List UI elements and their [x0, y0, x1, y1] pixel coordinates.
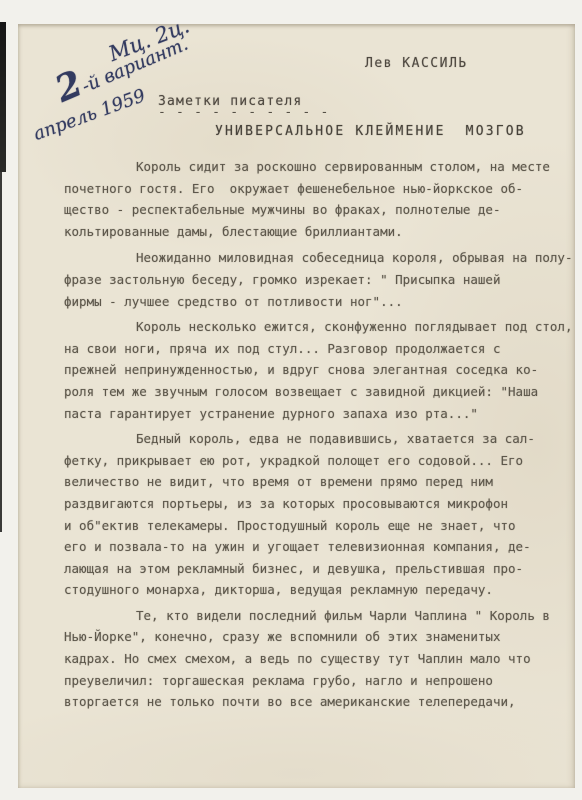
typed-line: фирмы - лучшее средство от потливости но…	[64, 291, 564, 313]
typed-line: Те, кто видели последний фильм Чарли Чап…	[64, 605, 564, 627]
typed-line: и об"ектив телекамеры. Простодушный коро…	[64, 515, 564, 537]
typed-line: Нью-Йорке", конечно, сразу же вспомнили …	[64, 626, 564, 648]
typed-line: кольтированные дамы, блестающие бриллиан…	[64, 221, 564, 243]
scan-edge-shadow-thin	[0, 172, 2, 532]
typed-line: почетного гостя. Его окружает фешенебель…	[64, 178, 564, 200]
typed-line: вторгается не только почти во все америк…	[64, 691, 564, 713]
typed-line: величество не видит, что время от времен…	[64, 471, 564, 493]
paragraph: Король сидит за роскошно сервированным с…	[64, 156, 564, 242]
paragraph: Король несколько ежится, сконфуженно пог…	[64, 316, 564, 424]
paragraph: Неожиданно миловидная собеседница короля…	[64, 247, 564, 312]
rubric-underline: - - - - - - - - - -	[158, 105, 330, 120]
author-byline: Лев КАССИЛЬ	[365, 56, 468, 71]
typed-line: Король сидит за роскошно сервированным с…	[64, 156, 564, 178]
typed-line: лающая на этом рекламный бизнес, и девуш…	[64, 558, 564, 580]
paragraph: Бедный король, едва не подавившись, хват…	[64, 428, 564, 601]
typed-line: фетку, прикрывает ею рот, украдкой полощ…	[64, 450, 564, 472]
typed-line: фразе застольную беседу, громко изрекает…	[64, 269, 564, 291]
scan-background: Мц. 2ц. 2-й вариант. апрель 1959 Лев КАС…	[0, 0, 582, 800]
typed-line: Неожиданно миловидная собеседница короля…	[64, 247, 564, 269]
typed-line: его и позвала-то на ужин и угощает телев…	[64, 536, 564, 558]
document-page: Мц. 2ц. 2-й вариант. апрель 1959 Лев КАС…	[18, 24, 575, 788]
typed-line: Бедный король, едва не подавившись, хват…	[64, 428, 564, 450]
typed-body: Король сидит за роскошно сервированным с…	[64, 156, 564, 717]
typed-line: паста гарантирует устранение дурного зап…	[64, 403, 564, 425]
typed-line: роля тем же звучным голосом возвещает с …	[64, 381, 564, 403]
paragraph: Те, кто видели последний фильм Чарли Чап…	[64, 605, 564, 713]
typed-line: преувеличил: торгашеская реклама грубо, …	[64, 670, 564, 692]
typed-line: щество - респектабельные мужчины во фрак…	[64, 199, 564, 221]
typed-line: кадрах. Но смех смехом, а ведь по сущест…	[64, 648, 564, 670]
typed-line: прежней непринужденностью, и вдруг снова…	[64, 359, 564, 381]
typed-line: стодушного монарха, дикторша, ведущая ре…	[64, 579, 564, 601]
typed-line: на свои ноги, пряча их под стул... Разго…	[64, 338, 564, 360]
typed-line: Король несколько ежится, сконфуженно пог…	[64, 316, 564, 338]
page-title: УНИВЕРСАЛЬНОЕ КЛЕЙМЕНИЕ МОЗГОВ	[215, 124, 526, 139]
scan-edge-shadow	[0, 22, 6, 172]
typed-line: раздвигаются портьеры, из за которых про…	[64, 493, 564, 515]
